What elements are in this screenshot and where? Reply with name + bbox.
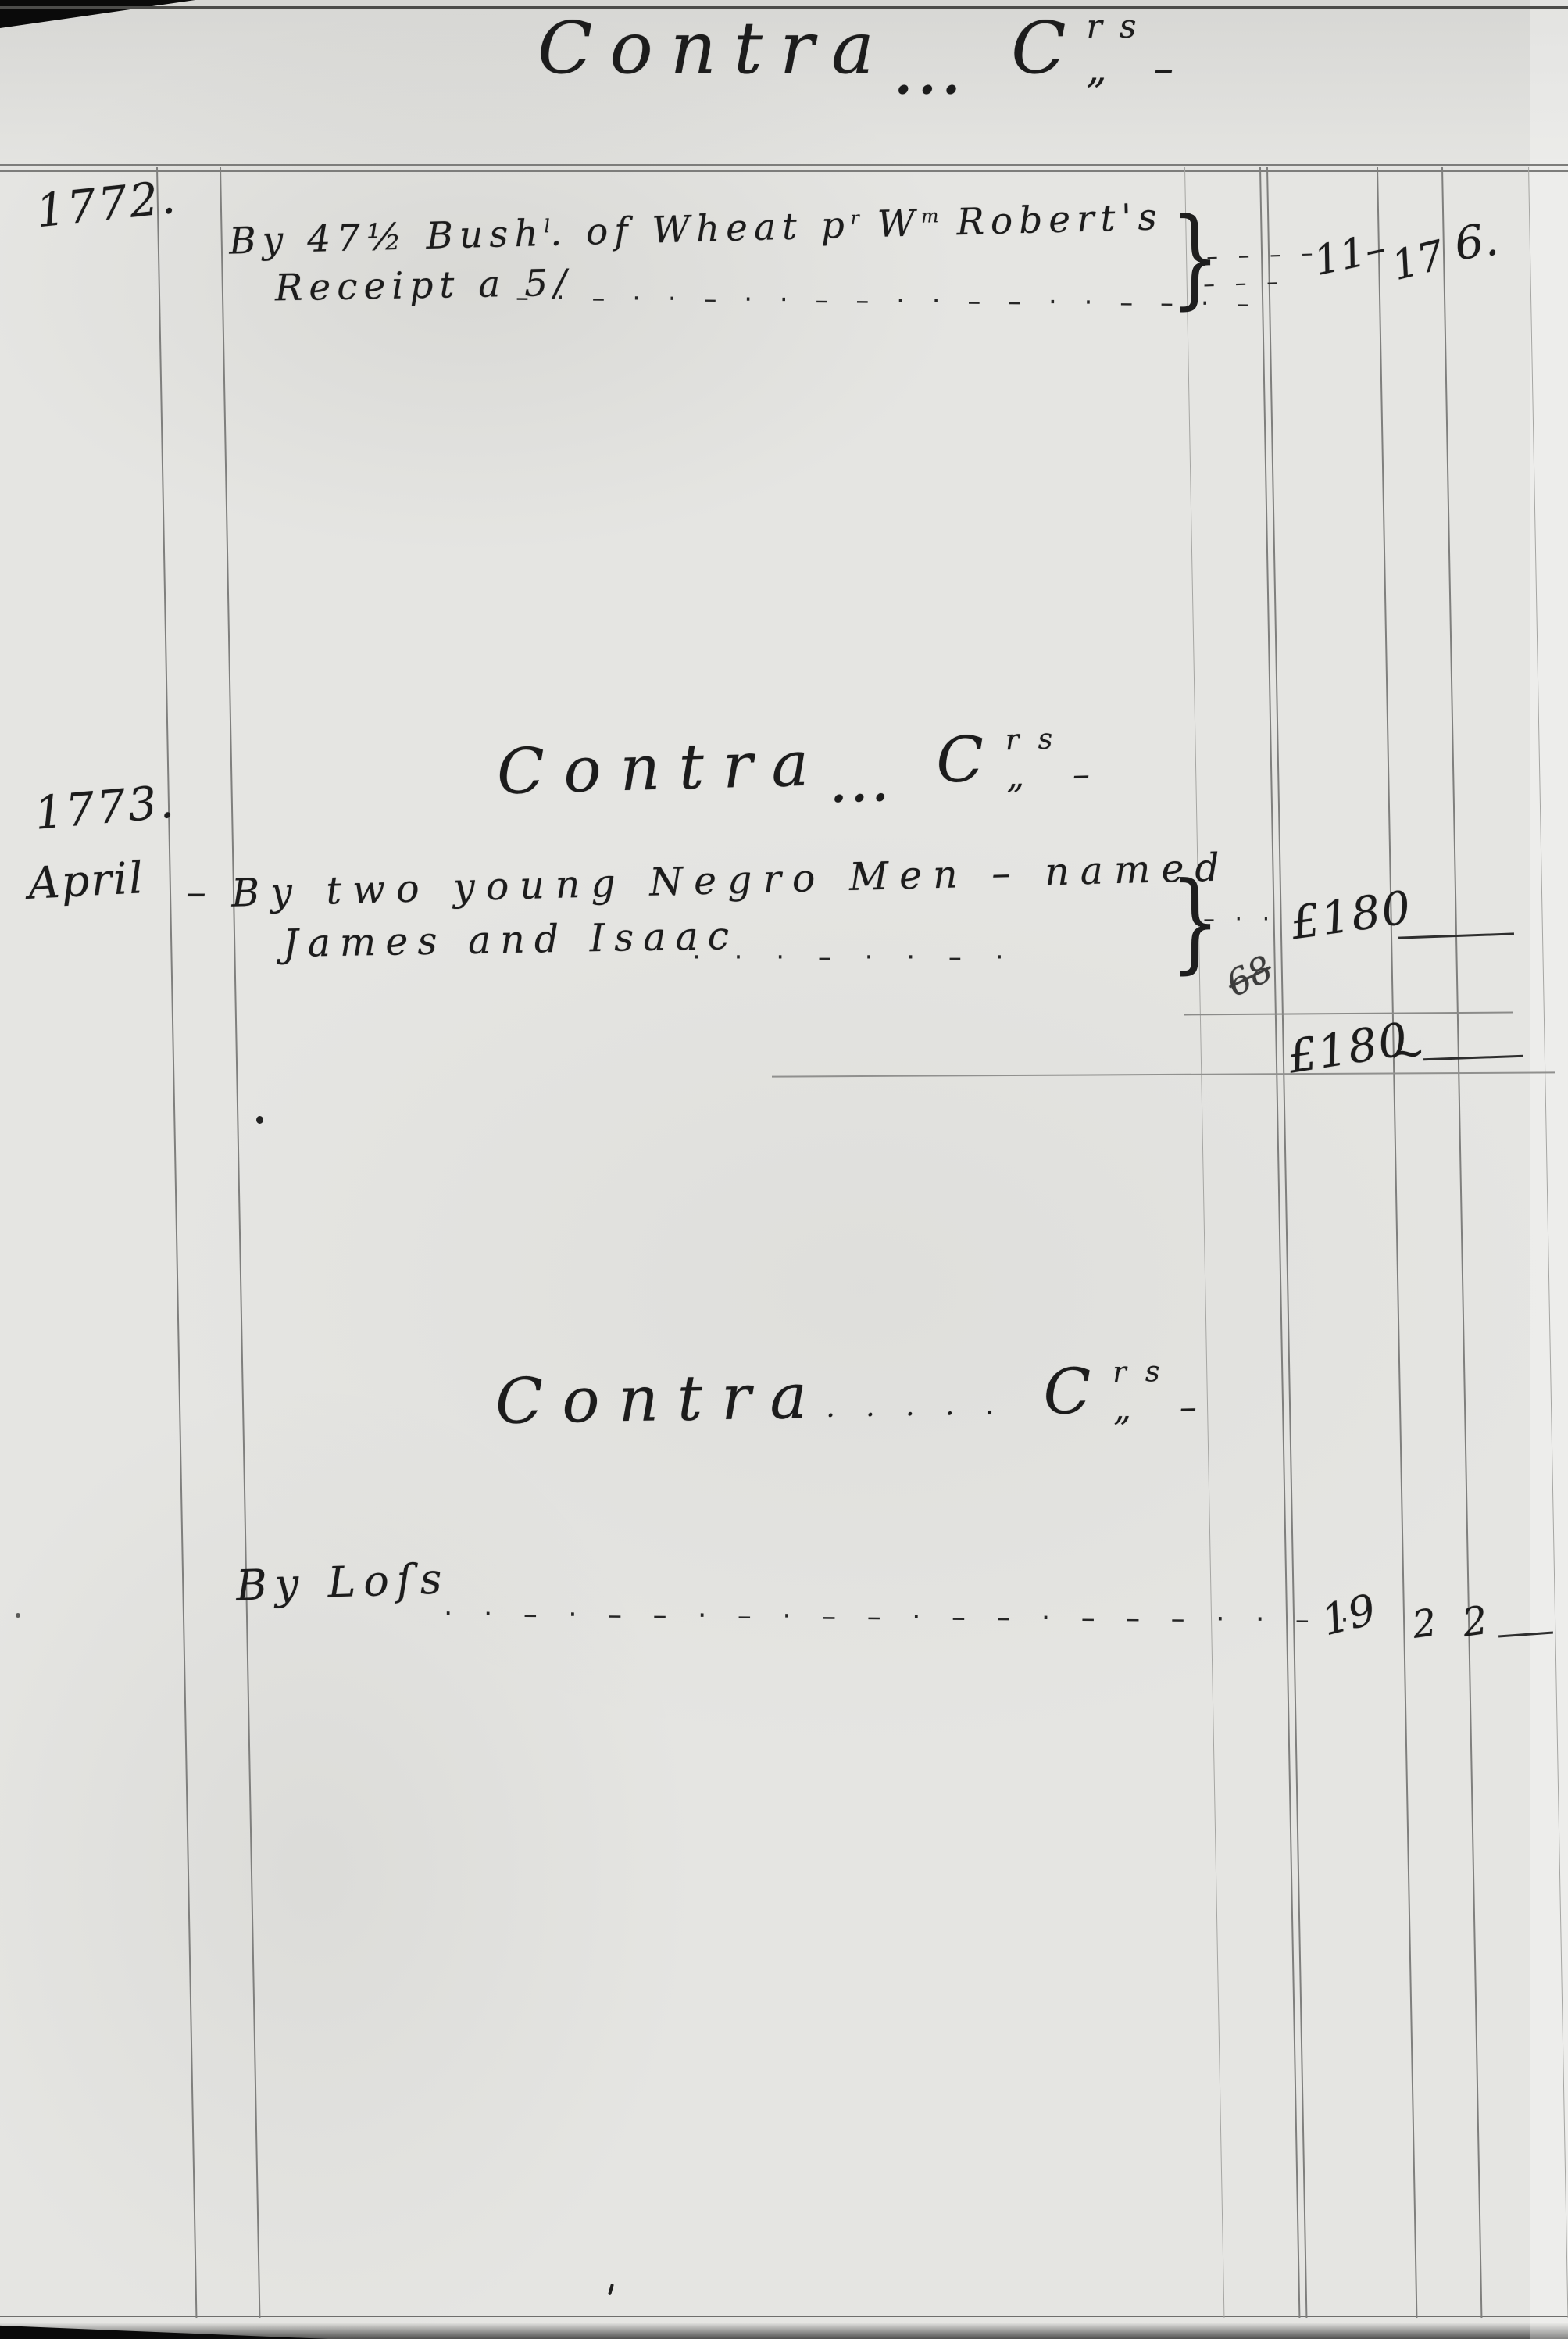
heading-loss-word: Contra [495,1360,827,1438]
heading-1773-cap: C [935,728,1003,792]
heading-loss: Contra· · · · · C rs „ – [495,1358,1216,1437]
page-title-abbreviation: C rs „ – [1011,13,1191,89]
money-column-double-line-a [1259,167,1300,2318]
heading-1773: Contra… C rs „ – [496,725,1109,807]
right-margin-line [1528,167,1568,2318]
year-label-1772: 1772. [34,174,179,234]
entry-1772-dash-run: – · – · · – · · – – · · – – · · – – · – [516,284,1259,317]
entry-1773-lead-dashes: – · · [1203,908,1276,932]
entry-1772-text-d: Robert's [938,195,1163,244]
page-title-low-mark: „ – [1087,49,1191,89]
entry-1772-amount-pence: 6. [1452,216,1501,266]
shillings-column-line [1377,167,1417,2318]
entry-1772-text-c: W [859,202,922,246]
entry-1772-sup-c: m [921,205,939,227]
entry-loss-amount-shillings: 2 [1410,1604,1439,1644]
entry-1772-amount-shillings: 17 [1388,235,1448,287]
page-title-superscript: rs [1087,13,1191,41]
entry-loss-amount-pounds: 19 [1317,1588,1380,1642]
scan-corner-shadow-top-left [0,0,195,28]
heading-loss-cap: C [1043,1360,1111,1423]
page-title-cap: C [1011,13,1083,84]
entry-1773-line-2: James and Isaac [283,917,739,963]
entry-1772-lead-dashes-2: – – – [1203,270,1285,297]
entry-loss-amount-pence: 2 [1460,1600,1490,1643]
heading-1773-superscript: rs [1005,725,1108,753]
day-mark: – [186,872,206,913]
ink-speck-1 [256,1116,263,1124]
header-rule-upper [0,164,1568,166]
entry-1773-dash-run: · · · – · · – · [692,944,1016,971]
heading-1773-low-mark: „ – [1006,757,1109,794]
brace-column-line [1184,167,1224,2318]
heading-loss-dots: · · · · · [826,1397,1005,1432]
entry-loss-text: By Loſs [235,1558,450,1608]
entry-1772-lead-dashes-1: – – – – [1206,241,1320,269]
month-label-april: April [27,857,146,907]
heading-loss-low-mark: „ – [1113,1390,1216,1426]
heading-loss-abbreviation: C rs „ – [1043,1358,1216,1428]
entry-loss-dash-run: · · – · – – · – · – – · – – · – – – · · … [444,1600,1360,1635]
entry-1772-text-a: By 47½ Bush [228,212,545,263]
date-column-line-right [220,167,260,2318]
money-column-double-line-b [1266,167,1307,2318]
heading-loss-superscript: rs [1113,1358,1215,1385]
pence-column-line [1441,167,1482,2318]
heading-1773-abbreviation: C rs „ – [935,725,1109,796]
ledger-page: Contra… C rs „ – 1772. By 47½ Bushl. of … [0,0,1568,2339]
heading-1773-dots: … [827,742,898,817]
date-column-line-left [156,167,197,2318]
year-label-1773: 1773. [33,778,177,836]
column-rules [0,167,1568,2318]
total-1773-tilde: ~ [1388,1030,1427,1076]
entry-1772-text-b: . of Wheat p [549,204,851,255]
entry-1772-sup-b: r [850,207,859,229]
page-title: Contra… C rs „ – [538,13,1191,89]
page-title-dots: … [891,27,971,110]
ink-speck-2 [16,1613,20,1618]
page-title-word: Contra [538,6,891,90]
heading-1773-word: Contra [496,727,828,808]
